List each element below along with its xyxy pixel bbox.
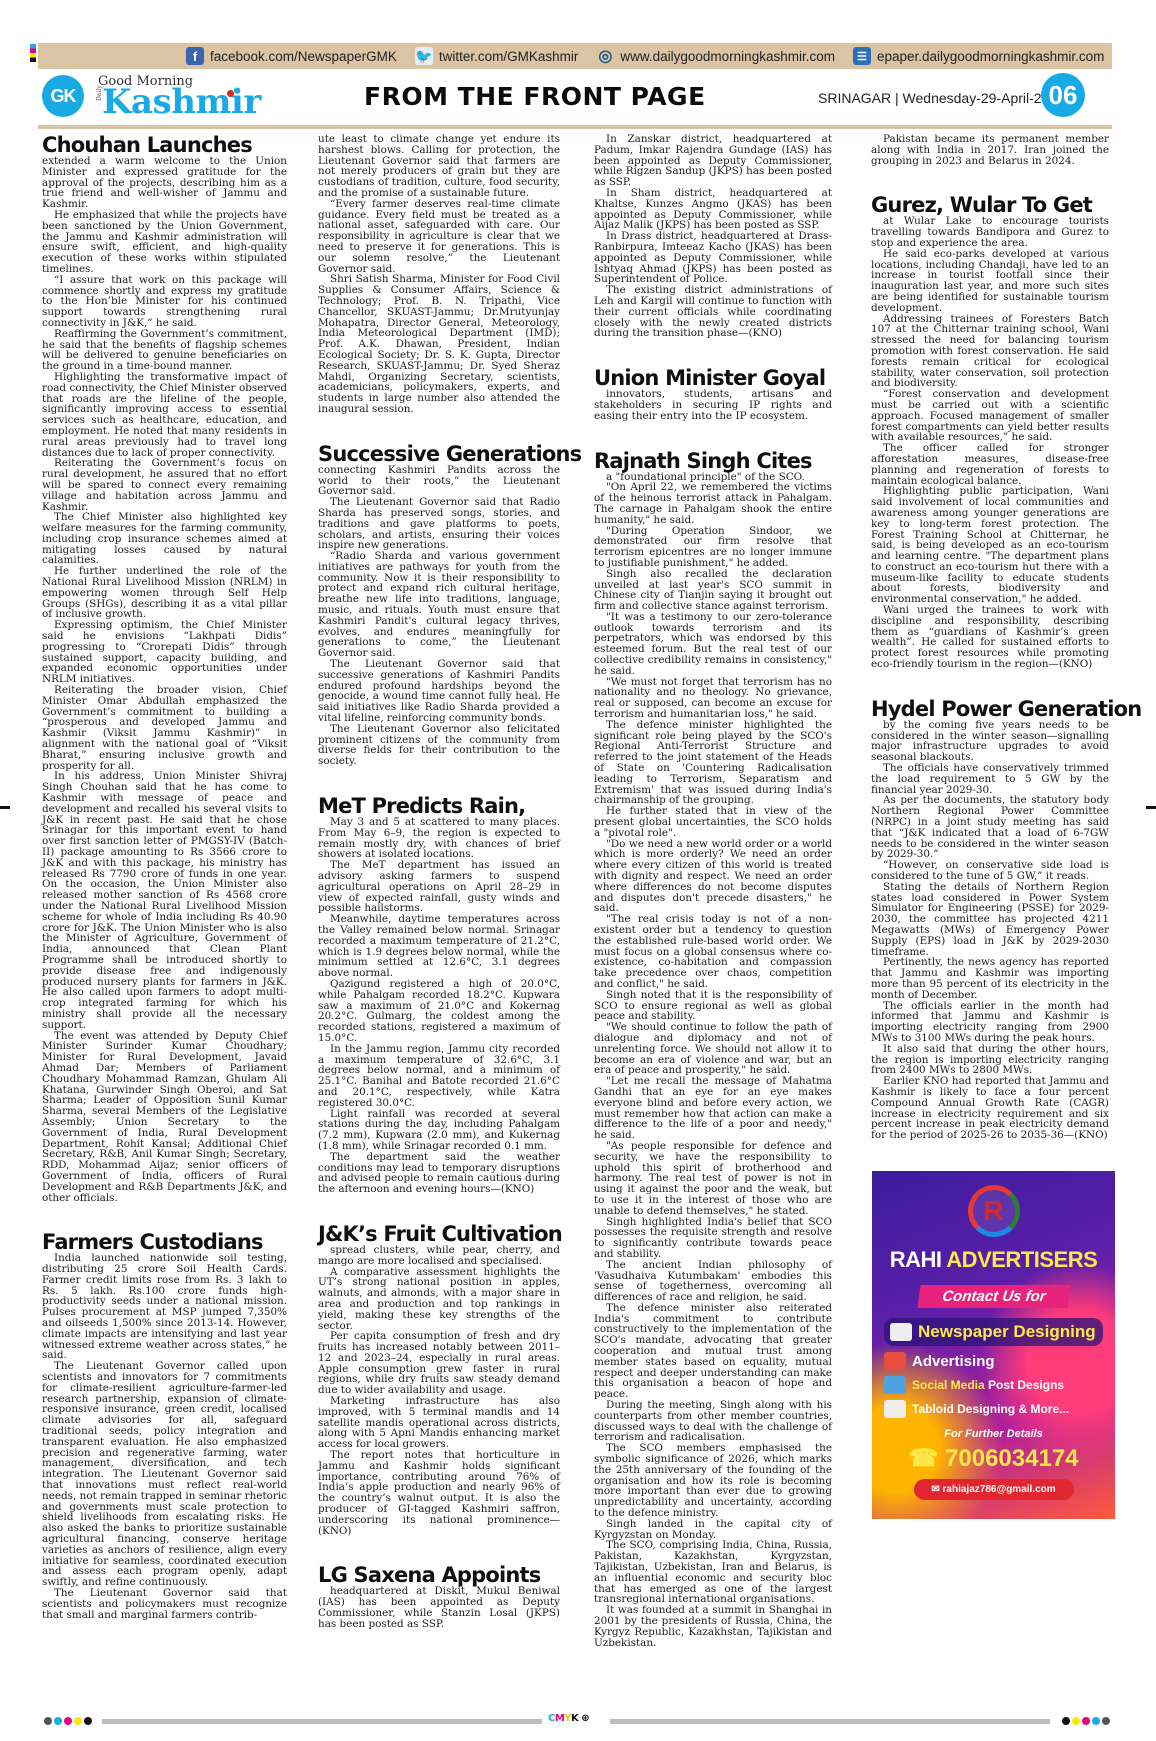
paragraph: extended a warm welcome to the Union Min… xyxy=(42,156,287,210)
color-dot xyxy=(1072,1717,1080,1725)
registration-mark-left xyxy=(0,806,10,809)
website-link[interactable]: ◎ www.dailygoodmorningkashmir.com xyxy=(596,47,835,65)
footer-bar-left xyxy=(102,1719,542,1724)
column-4: Pakistan became its permanent member alo… xyxy=(871,134,1109,1141)
ad-service-newspaper: Newspaper Designing xyxy=(884,1318,1103,1346)
paragraph: The MeT department has issued an advisor… xyxy=(318,860,560,914)
ad-phone[interactable]: ☎ 7006034174 xyxy=(872,1444,1115,1473)
twitter-icon: 🐦 xyxy=(415,47,433,65)
facebook-icon: f xyxy=(186,47,204,65)
paragraph: In his address, Union Minister Shivraj S… xyxy=(42,771,287,1030)
paragraph: at Wular Lake to encourage tourists trav… xyxy=(871,216,1109,248)
color-dot xyxy=(1092,1717,1100,1725)
paragraph: The officials have conservatively trimme… xyxy=(871,763,1109,795)
ad-service-label: Newspaper Designing xyxy=(918,1322,1096,1342)
rahi-logo-icon: R xyxy=(968,1185,1020,1237)
color-dot xyxy=(64,1717,72,1725)
paragraph: Singh landed in the capital city of Kyrg… xyxy=(594,1519,832,1541)
ad-email-address: rahiajaz786@gmail.com xyxy=(943,1484,1056,1495)
paragraph: "During Operation Sindoor, we demonstrat… xyxy=(594,526,832,569)
paragraph: ute least to climate change yet endure i… xyxy=(318,134,560,199)
paragraph: "On April 22, we remembered the victims … xyxy=(594,482,832,525)
paragraph: Pakistan became its permanent member alo… xyxy=(871,134,1109,166)
headline-rajnath: Rajnath Singh Cites xyxy=(594,450,832,472)
paragraph: innovators, students, artisans and stake… xyxy=(594,389,832,421)
headline-hydel: Hydel Power Generation xyxy=(871,698,1109,720)
paragraph: Per capita consumption of fresh and dry … xyxy=(318,1331,560,1396)
footer-bar-right xyxy=(610,1719,1050,1724)
color-dots-left xyxy=(44,1717,92,1725)
paragraph: He emphasized that while the projects ha… xyxy=(42,210,287,275)
paragraph: The Lieutenant Governor said that Radio … xyxy=(318,497,560,551)
paragraph: The report notes that horticulture in Ja… xyxy=(318,1450,560,1536)
paragraph: In Sham district, headquartered at Khalt… xyxy=(594,188,832,231)
paragraph: Earlier KNO had reported that Jammu and … xyxy=(871,1076,1109,1141)
paragraph: The event was attended by Deputy Chief M… xyxy=(42,1031,287,1204)
registration-mark-right xyxy=(1146,806,1156,809)
paragraph: He further stated that in view of the pr… xyxy=(594,806,832,838)
paragraph: Reiterating the broader vision, Chief Mi… xyxy=(42,685,287,771)
color-dot xyxy=(1102,1717,1110,1725)
paragraph: “Radio Sharda and various government ini… xyxy=(318,551,560,659)
headline-goyal: Union Minister Goyal xyxy=(594,367,832,389)
color-dot xyxy=(54,1717,62,1725)
rahi-advertisers-ad[interactable]: R RAHI ADVERTISERS Contact Us for Newspa… xyxy=(872,1171,1115,1519)
paragraph: The Chief Minister also highlighted key … xyxy=(42,512,287,566)
paragraph: India launched nationwide soil testing, … xyxy=(42,1253,287,1361)
paragraph: Pertinently, the news agency has reporte… xyxy=(871,957,1109,1000)
paragraph: Singh highlighted India's belief that SC… xyxy=(594,1217,832,1260)
headline-saxena: LG Saxena Appoints xyxy=(318,1564,560,1586)
paragraph: The Lieutenant Governor called upon scie… xyxy=(42,1361,287,1588)
paragraph: The defence minister also reiterated Ind… xyxy=(594,1303,832,1400)
paragraph: "It was a testimony to our zero-toleranc… xyxy=(594,612,832,677)
paragraph: "The real crisis today is not of a non-e… xyxy=(594,914,832,990)
paragraph: During the meeting, Singh along with his… xyxy=(594,1400,832,1443)
paragraph: In the Jammu region, Jammu city recorded… xyxy=(318,1044,560,1109)
twitter-link[interactable]: 🐦 twitter.com/GMKashmir xyxy=(415,47,579,65)
section-title: FROM THE FRONT PAGE xyxy=(364,82,706,111)
megaphone-icon xyxy=(884,1352,906,1370)
column-3: In Zanskar district, headquartered at Pa… xyxy=(594,134,832,1648)
paragraph: Highlighting public participation, Wani … xyxy=(871,486,1109,605)
cmyk-label: CMYK ⊕ xyxy=(548,1713,589,1724)
paragraph: by the coming five years needs to be con… xyxy=(871,720,1109,763)
epaper-link[interactable]: ☰ epaper.dailygoodmorningkashmir.com xyxy=(853,47,1104,65)
paragraph: “I assure that work on this package will… xyxy=(42,275,287,329)
facebook-link[interactable]: f facebook.com/NewspaperGMK xyxy=(186,47,397,65)
ad-service-highlight: Social Media xyxy=(912,1378,985,1392)
paragraph: Shri Satish Sharma, Minister for Food Ci… xyxy=(318,274,560,414)
paragraph: connecting Kashmiri Pandits across the w… xyxy=(318,465,560,497)
ad-email[interactable]: ✉ rahiajaz786@gmail.com xyxy=(914,1479,1074,1500)
paragraph: headquartered at Diskit, Mukul Beniwal (… xyxy=(318,1586,560,1629)
paragraph: As per the documents, the statutory body… xyxy=(871,795,1109,860)
paragraph: “Forest conservation and development mus… xyxy=(871,389,1109,443)
social-links-bar: f facebook.com/NewspaperGMK 🐦 twitter.co… xyxy=(38,43,1112,69)
ad-details-label: For Further Details xyxy=(872,1428,1115,1440)
paragraph: "We must not forget that terrorism has n… xyxy=(594,677,832,720)
paragraph: The Lieutenant Governor also felicitated… xyxy=(318,724,560,767)
paragraph: spread clusters, while pear, cherry, and… xyxy=(318,1245,560,1267)
paragraph: In Drass district, headquartered at Dras… xyxy=(594,231,832,285)
paragraph: The department said the weather conditio… xyxy=(318,1152,560,1195)
ad-brand: RAHI ADVERTISERS xyxy=(872,1247,1115,1273)
color-dots-right xyxy=(1062,1717,1110,1725)
color-registration-mark xyxy=(30,44,36,62)
paragraph: Wani urged the trainees to work with dis… xyxy=(871,605,1109,670)
paragraph: The Lieutenant Governor said that succes… xyxy=(318,659,560,724)
paragraph: May 3 and 5 at scattered to many places.… xyxy=(318,817,560,860)
twitter-url: twitter.com/GMKashmir xyxy=(439,49,579,64)
page-number-badge: 06 xyxy=(1041,73,1085,117)
headline-met: MeT Predicts Rain, xyxy=(318,795,560,817)
logo-kashmir: Kashmir xyxy=(102,85,261,119)
paragraph: Light rainfall was recorded at several s… xyxy=(318,1109,560,1152)
tabloid-icon xyxy=(884,1400,906,1418)
paragraph: Stating the details of Northern Region s… xyxy=(871,882,1109,958)
color-dot xyxy=(44,1717,52,1725)
paragraph: Addressing trainees of Foresters Batch 1… xyxy=(871,314,1109,390)
color-dot xyxy=(1062,1717,1070,1725)
masthead-rule xyxy=(38,125,1112,129)
paragraph: The defence minister highlighted the sig… xyxy=(594,720,832,806)
ad-service-social: Social Media Post Designs xyxy=(884,1376,1103,1394)
epaper-icon: ☰ xyxy=(853,47,871,65)
facebook-url: facebook.com/NewspaperGMK xyxy=(210,49,397,64)
epaper-url: epaper.dailygoodmorningkashmir.com xyxy=(877,49,1104,64)
ad-phone-number: 7006034174 xyxy=(945,1445,1078,1472)
paragraph: A comparative assessment highlights the … xyxy=(318,1267,560,1332)
paragraph: Highlighting the transformative impact o… xyxy=(42,372,287,458)
headline-chouhan: Chouhan Launches xyxy=(42,134,287,156)
paragraph: In Zanskar district, headquartered at Pa… xyxy=(594,134,832,188)
headline-generations: Successive Generations xyxy=(318,443,560,465)
paragraph: Qazigund registered a high of 20.0°C, wh… xyxy=(318,979,560,1044)
paragraph: It also said that during the other hours… xyxy=(871,1044,1109,1076)
headline-gurez: Gurez, Wular To Get xyxy=(871,194,1109,216)
paragraph: Singh noted that it is the responsibilit… xyxy=(594,990,832,1022)
ad-service-advertising: Advertising xyxy=(884,1352,1103,1370)
gk-logo-icon: GK xyxy=(42,75,84,117)
newspaper-stack-icon xyxy=(890,1323,912,1341)
paragraph: He further underlined the role of the Na… xyxy=(42,566,287,620)
paragraph: It was founded at a summit in Shanghai i… xyxy=(594,1605,832,1648)
logo-dot-icon xyxy=(227,90,234,97)
smartphone-icon xyxy=(884,1376,906,1394)
color-dot xyxy=(84,1717,92,1725)
globe-search-icon: ◎ xyxy=(596,47,614,65)
ad-service-label: Post Designs xyxy=(988,1378,1064,1392)
ad-brand-second: ADVERTISERS xyxy=(946,1247,1097,1272)
ad-service-tabloid: Tabloid Designing & More... xyxy=(884,1400,1103,1418)
website-url: www.dailygoodmorningkashmir.com xyxy=(620,49,835,64)
paragraph: Meanwhile, daytime temperatures across t… xyxy=(318,914,560,979)
paragraph: He said eco-parks developed at various l… xyxy=(871,249,1109,314)
paragraph: The existing district administrations of… xyxy=(594,285,832,339)
paragraph: The officials earlier in the month had i… xyxy=(871,1001,1109,1044)
column-2: ute least to climate change yet endure i… xyxy=(318,134,560,1630)
headline-farmers: Farmers Custodians xyxy=(42,1231,287,1253)
ad-brand-first: RAHI xyxy=(890,1247,942,1272)
paragraph: Marketing infrastructure has also improv… xyxy=(318,1396,560,1450)
dateline: SRINAGAR | Wednesday-29-April-2026 xyxy=(818,90,1065,106)
paragraph: The officer called for stronger afforest… xyxy=(871,443,1109,486)
paragraph: "Let me recall the message of Mahatma Ga… xyxy=(594,1076,832,1141)
masthead: GK Good Morning Daily Kashmir FROM THE F… xyxy=(38,71,1112,126)
paragraph: “Every farmer deserves real-time climate… xyxy=(318,199,560,275)
paragraph: Reiterating the Government’s focus on ru… xyxy=(42,458,287,512)
paragraph: "As people responsible for defence and s… xyxy=(594,1141,832,1217)
paragraph: "We should continue to follow the path o… xyxy=(594,1022,832,1076)
color-dot xyxy=(1082,1717,1090,1725)
paragraph: “However, on conservative side load is c… xyxy=(871,860,1109,882)
paragraph: The SCO members emphasised the symbolic … xyxy=(594,1443,832,1519)
color-dot xyxy=(74,1717,82,1725)
headline-fruit: J&K’s Fruit Cultivation xyxy=(318,1223,560,1245)
paragraph: The SCO, comprising India, China, Russia… xyxy=(594,1540,832,1605)
ad-service-label: Advertising xyxy=(912,1353,995,1370)
paragraph: The Lieutenant Governor said that scient… xyxy=(42,1588,287,1620)
paragraph: Singh also recalled the declaration unve… xyxy=(594,569,832,612)
column-1: Chouhan Launches extended a warm welcome… xyxy=(42,134,287,1620)
ad-contact-label: Contact Us for xyxy=(917,1285,1070,1308)
paragraph: Expressing optimism, the Chief Minister … xyxy=(42,620,287,685)
paragraph: "Do we need a new world order or a world… xyxy=(594,839,832,915)
paragraph: The ancient Indian philosophy of 'Vasudh… xyxy=(594,1260,832,1303)
paragraph: Reaffirming the Government’s commitment,… xyxy=(42,329,287,372)
ad-service-label: Tabloid Designing & More... xyxy=(912,1402,1069,1416)
